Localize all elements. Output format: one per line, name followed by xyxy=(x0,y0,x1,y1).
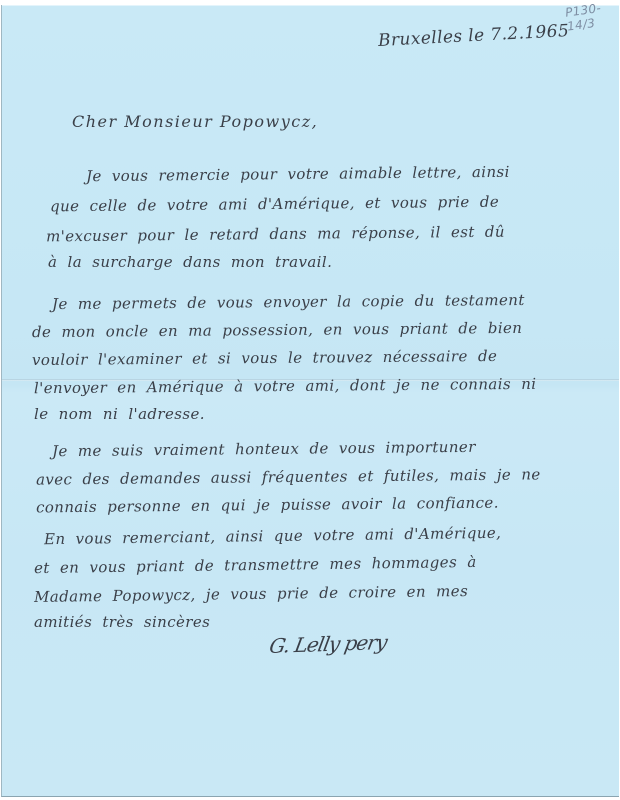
letter-line: à la surcharge dans mon travail. xyxy=(48,253,332,271)
salutation: Cher Monsieur Popowycz, xyxy=(72,112,318,131)
letter-line: le nom ni l'adresse. xyxy=(34,405,205,423)
letter-line: amitiés très sincères xyxy=(34,613,210,631)
scanned-letter: P130-14/3 Bruxelles le 7.2.1965 Cher Mon… xyxy=(0,0,620,800)
signature: G. Lelly pery xyxy=(267,630,388,658)
